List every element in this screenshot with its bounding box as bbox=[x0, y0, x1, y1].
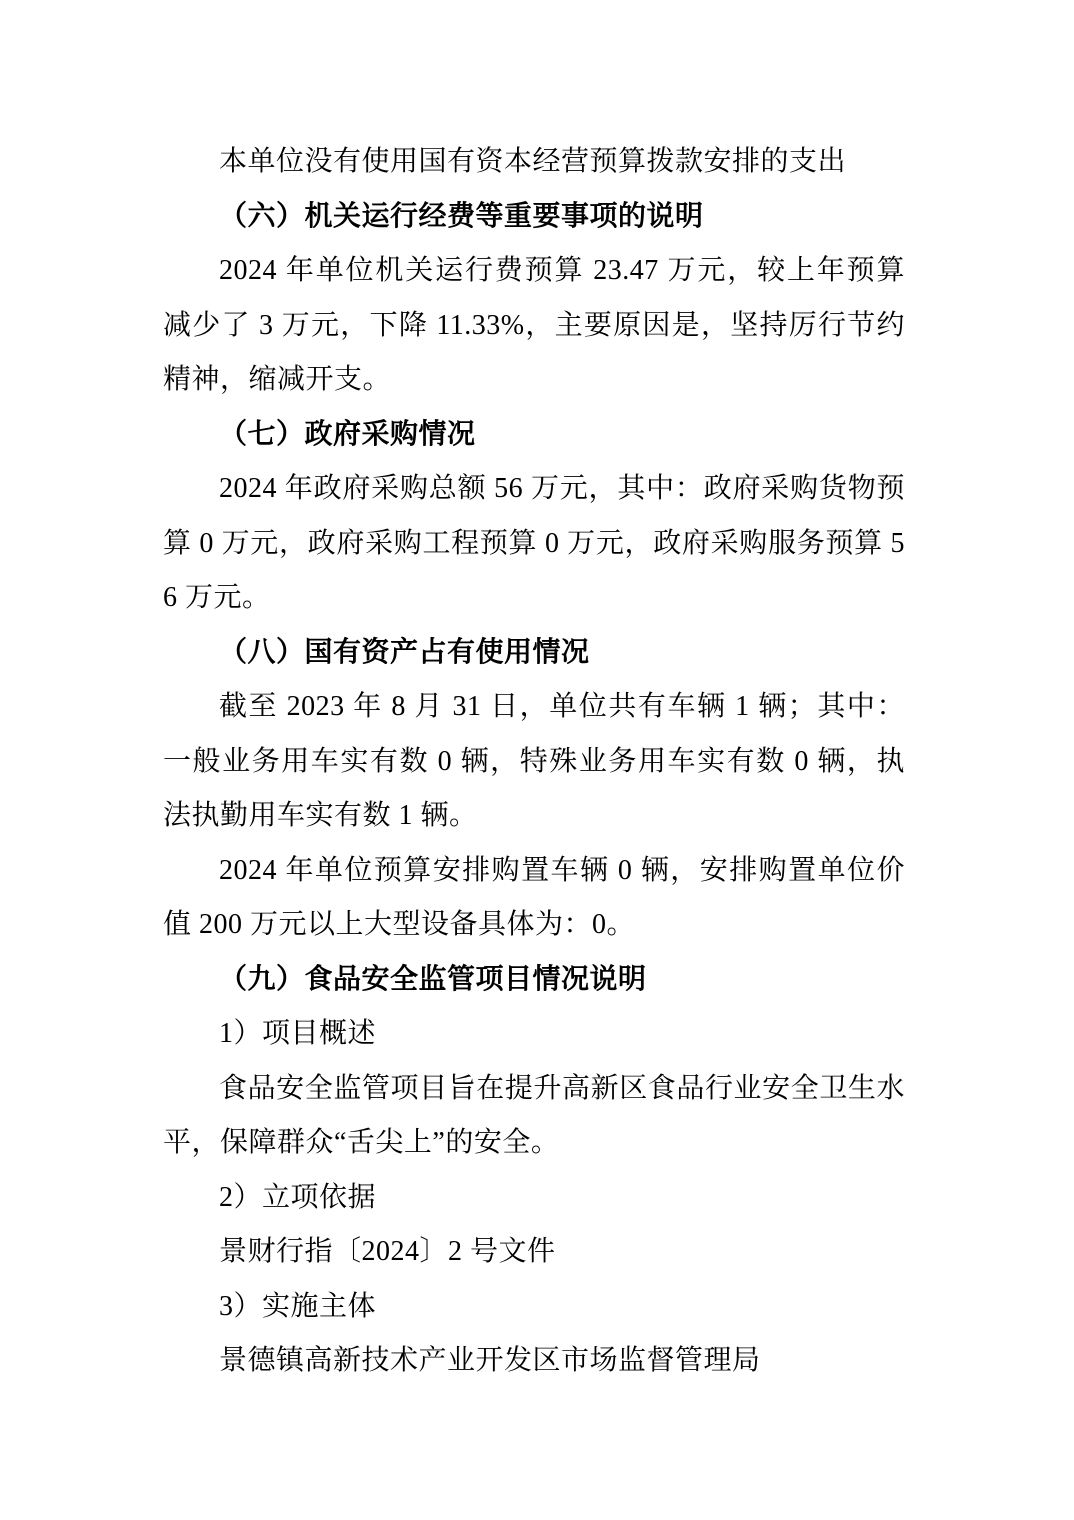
subitem-3-implementing-entity-title: 3）实施主体 bbox=[163, 1280, 905, 1335]
paragraph-vehicle-status: 截至 2023 年 8 月 31 日，单位共有车辆 1 辆；其中：一般业务用车实… bbox=[163, 680, 905, 844]
subitem-2-approval-basis-title: 2）立项依据 bbox=[163, 1171, 905, 1226]
paragraph-operating-expenses: 2024 年单位机关运行费预算 23.47 万元，较上年预算减少了 3 万元，下… bbox=[163, 244, 905, 408]
paragraph-state-capital-note: 本单位没有使用国有资本经营预算拨款安排的支出 bbox=[163, 135, 905, 190]
paragraph-approval-basis-document: 景财行指〔2024〕2 号文件 bbox=[163, 1225, 905, 1280]
paragraph-project-overview: 食品安全监管项目旨在提升高新区食品行业安全卫生水平，保障群众“舌尖上”的安全。 bbox=[163, 1062, 905, 1171]
heading-section-6: （六）机关运行经费等重要事项的说明 bbox=[163, 190, 905, 245]
heading-section-9: （九）食品安全监管项目情况说明 bbox=[163, 953, 905, 1008]
heading-section-7: （七）政府采购情况 bbox=[163, 408, 905, 463]
paragraph-implementing-entity: 景德镇高新技术产业开发区市场监督管理局 bbox=[163, 1334, 905, 1389]
subitem-1-project-overview-title: 1）项目概述 bbox=[163, 1007, 905, 1062]
heading-section-8: （八）国有资产占有使用情况 bbox=[163, 626, 905, 681]
document-page: 本单位没有使用国有资本经营预算拨款安排的支出 （六）机关运行经费等重要事项的说明… bbox=[0, 0, 1074, 1520]
paragraph-government-procurement: 2024 年政府采购总额 56 万元，其中：政府采购货物预算 0 万元，政府采购… bbox=[163, 462, 905, 626]
paragraph-vehicle-purchase-plan: 2024 年单位预算安排购置车辆 0 辆，安排购置单位价值 200 万元以上大型… bbox=[163, 844, 905, 953]
